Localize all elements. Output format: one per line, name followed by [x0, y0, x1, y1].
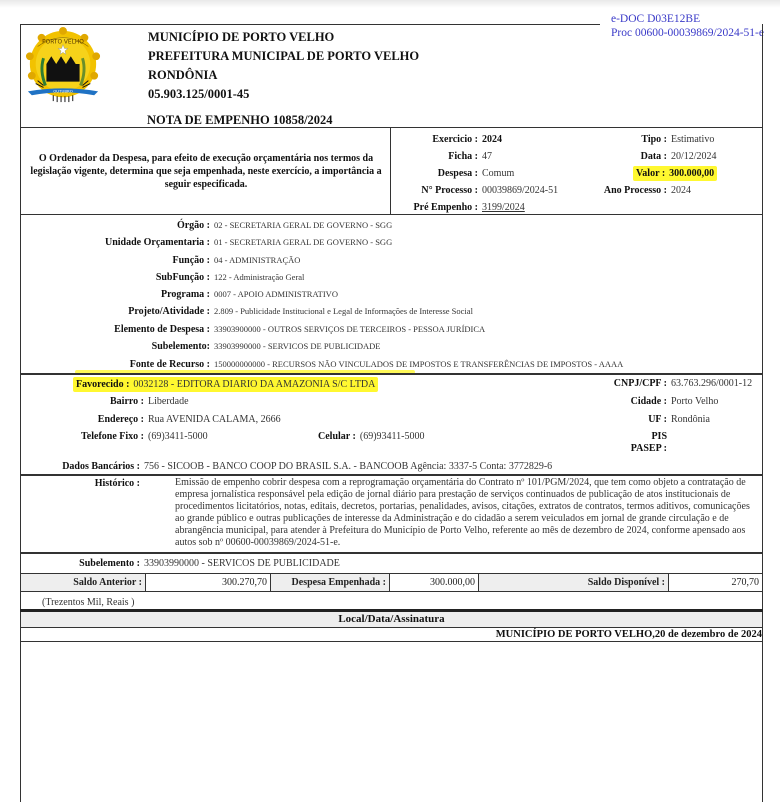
field-cidade: Cidade :Porto Velho	[560, 395, 718, 408]
dotacao-row: Órgão :02 - SECRETARIA GERAL DE GOVERNO …	[60, 219, 392, 232]
field-pre-empenho: Pré Empenho :3199/2024	[390, 201, 525, 214]
dotacao-row: Projeto/Atividade :2.809 - Publicidade I…	[60, 305, 473, 318]
field-data: Data :20/12/2024	[600, 150, 717, 163]
header-municipio: MUNICÍPIO DE PORTO VELHO	[148, 28, 419, 47]
dotacao-row: Função :04 - ADMINISTRAÇÃO	[60, 254, 300, 267]
dotacao-label: Unidade Orçamentaria :	[60, 237, 210, 249]
dotacao-label: Elemento de Despesa :	[60, 324, 210, 336]
header-block: MUNICÍPIO DE PORTO VELHO PREFEITURA MUNI…	[148, 28, 419, 104]
field-endereco: Endereço :Rua AVENIDA CALAMA, 2666	[60, 413, 281, 426]
divider-historico	[20, 552, 763, 554]
despesa-empenhada-label: Despesa Empenhada :	[270, 573, 390, 592]
svg-text:OUTUBRO: OUTUBRO	[53, 88, 73, 93]
header-prefeitura: PREFEITURA MUNICIPAL DE PORTO VELHO	[148, 47, 419, 66]
historico-text: Emissão de empenho cobrir despesa com a …	[175, 477, 760, 549]
dotacao-label: SubFunção :	[60, 272, 210, 284]
assinatura-title: Local/Data/Assinatura	[21, 612, 762, 627]
dotacao-value: 122 - Administração Geral	[214, 272, 304, 282]
nota-empenho-page: e-DOC D03E12BE Proc 00600-00039869/2024-…	[0, 0, 780, 802]
divider-header	[20, 127, 763, 128]
dotacao-value: 0007 - APOIO ADMINISTRATIVO	[214, 289, 338, 299]
top-border	[20, 24, 600, 25]
dotacao-value: 02 - SECRETARIA GERAL DE GOVERNO - SGG	[214, 220, 392, 230]
dotacao-row: SubFunção :122 - Administração Geral	[60, 271, 304, 284]
dotacao-label: Subelemento:	[60, 341, 210, 353]
dotacao-row: Programa :0007 - APOIO ADMINISTRATIVO	[60, 288, 338, 301]
dotacao-value: 2.809 - Publicidade Institucional e Lega…	[214, 306, 473, 316]
field-ano-processo: Ano Processo :2024	[600, 184, 691, 197]
dotacao-label: Função :	[60, 255, 210, 267]
header-cnpj: 05.903.125/0001-45	[148, 85, 419, 104]
field-celular: Celular :(69)93411-5000	[318, 430, 425, 443]
field-dados-bancarios: Dados Bancários :756 - SICOOB - BANCO CO…	[22, 460, 552, 473]
dotacao-label: Órgão :	[60, 220, 210, 232]
field-pasep: PASEP :	[560, 442, 667, 455]
dotacao-label: Projeto/Atividade :	[60, 306, 210, 318]
nota-empenho-title: NOTA DE EMPENHO 10858/2024	[147, 113, 333, 128]
field-telefone: Telefone Fixo :(69)3411-5000	[60, 430, 208, 443]
saldo-disponivel-label: Saldo Disponível :	[478, 573, 669, 592]
coat-of-arms-icon: PORTO VELHO OUTUBRO	[24, 27, 102, 105]
field-uf: UF :Rondônia	[560, 413, 710, 426]
field-processo: N° Processo :00039869/2024-51	[390, 184, 558, 197]
dotacao-row: Subelemento:33903990000 - SERVICOS DE PU…	[60, 340, 381, 353]
field-despesa: Despesa :Comum	[400, 167, 514, 180]
local-data: MUNICÍPIO DE PORTO VELHO,20 de dezembro …	[496, 628, 762, 641]
valor-por-extenso: (Trezentos Mil, Reais )	[42, 596, 134, 609]
divider-summary	[20, 214, 763, 215]
field-tipo: Tipo :Estimativo	[600, 133, 714, 146]
field-bairro: Bairro :Liberdade	[60, 395, 189, 408]
field-favorecido: Favorecido :0032128 - EDITORA DIARIO DA …	[73, 377, 378, 392]
viewer-top-shade	[0, 0, 780, 8]
dotacao-value: 33903900000 - OUTROS SERVIÇOS DE TERCEIR…	[214, 324, 485, 334]
field-cnpj: CNPJ/CPF :63.763.296/0001-12	[560, 377, 752, 390]
header-estado: RONDÔNIA	[148, 66, 419, 85]
dotacao-label: Programa :	[60, 289, 210, 301]
divider-dotacao	[20, 373, 763, 375]
field-ficha: Ficha :47	[400, 150, 492, 163]
dotacao-value: 150000000000 - RECURSOS NÃO VINCULADOS D…	[214, 359, 623, 369]
divider-local-data	[20, 641, 763, 642]
field-exercicio: Exercicio :2024	[400, 133, 502, 146]
saldo-disponivel-value: 270,70	[668, 573, 763, 592]
despesa-empenhada-value: 300.000,00	[389, 573, 479, 592]
saldo-anterior-value: 300.270,70	[145, 573, 271, 592]
saldo-anterior-label: Saldo Anterior :	[20, 573, 146, 592]
dotacao-value: 33903990000 - SERVICOS DE PUBLICIDADE	[214, 341, 381, 351]
field-subelemento-final: Subelemento :33903990000 - SERVICOS DE P…	[22, 557, 340, 570]
dotacao-value: 01 - SECRETARIA GERAL DE GOVERNO - SGG	[214, 237, 392, 247]
historico-label-wrap: Histórico :	[22, 477, 140, 490]
divider-favorecido	[20, 474, 763, 476]
dotacao-value: 04 - ADMINISTRAÇÃO	[214, 255, 300, 265]
dotacao-row: Elemento de Despesa :33903900000 - OUTRO…	[60, 323, 485, 336]
field-valor: Valor :300.000,00	[633, 166, 717, 181]
dotacao-row: Unidade Orçamentaria :01 - SECRETARIA GE…	[60, 236, 392, 249]
ordenador-statement: O Ordenador da Despesa, para efeito de e…	[22, 152, 390, 191]
pre-empenho-link[interactable]: 3199/2024	[482, 202, 525, 213]
